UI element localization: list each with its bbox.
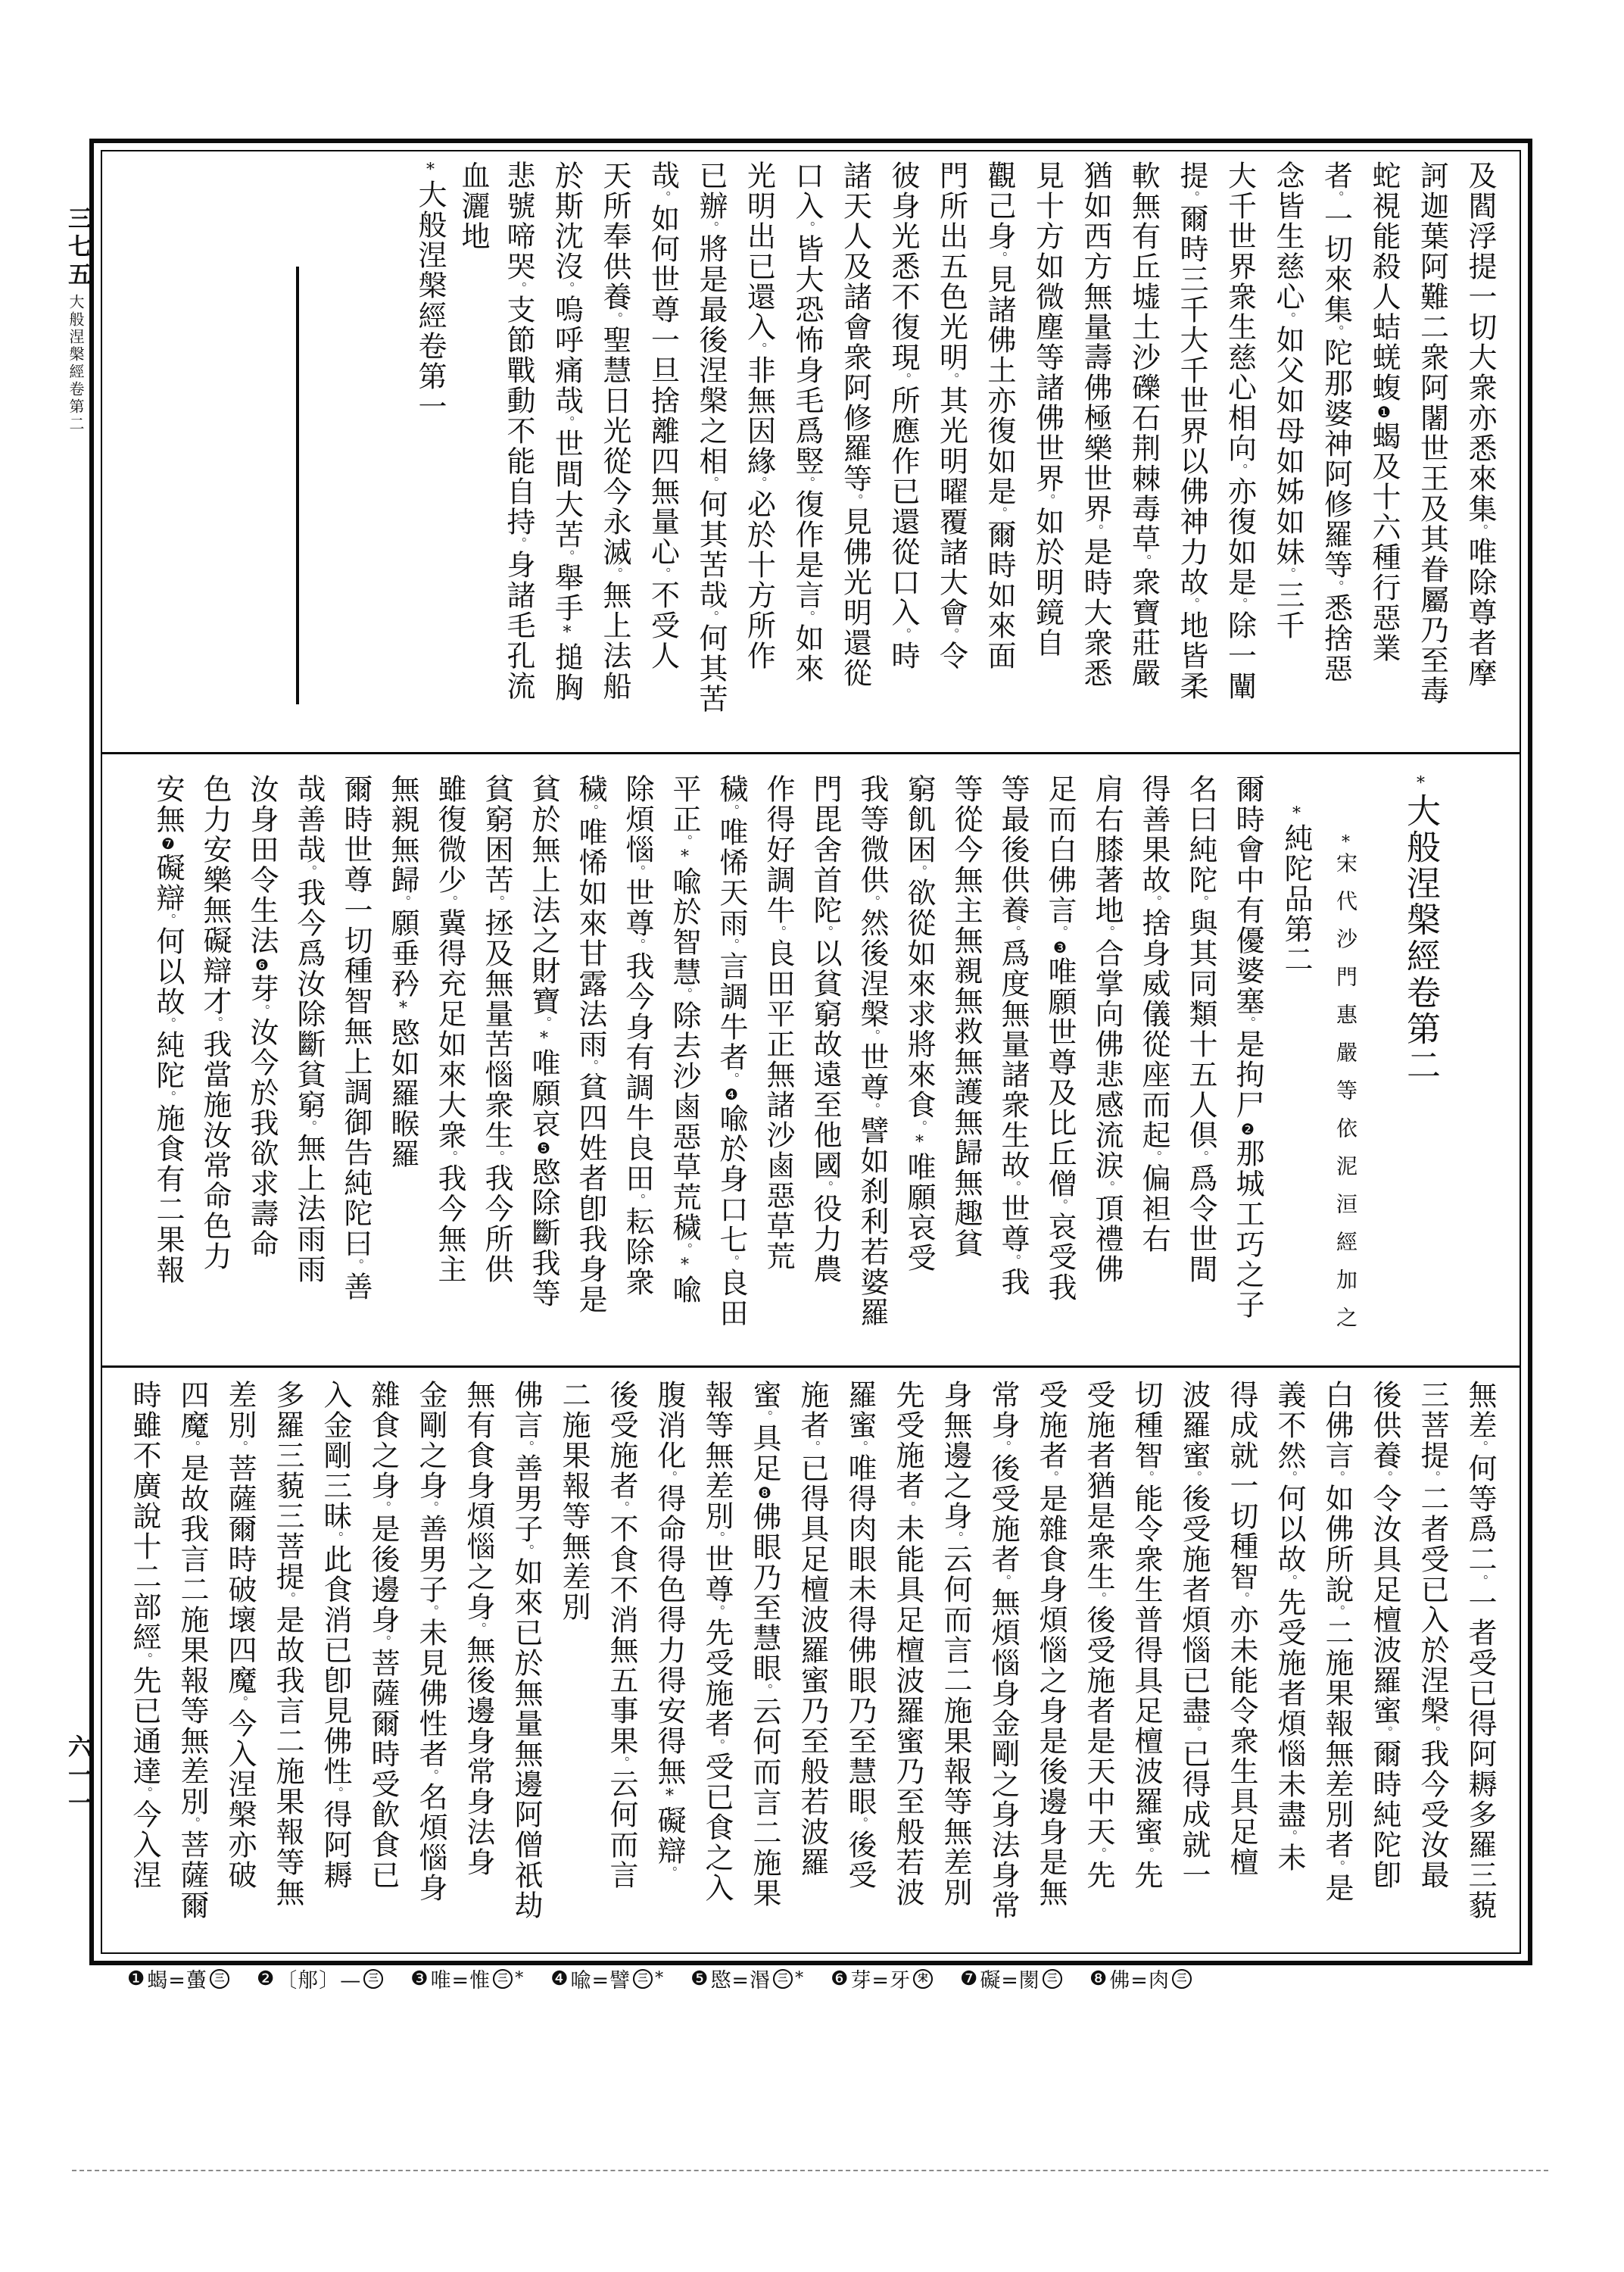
punctuation: 。 (805, 1440, 820, 1453)
margin-page-number-bottom: 六一一 (61, 1734, 95, 1818)
text-column: 門所出五色光明。其光明曜覆諸大會。令 (935, 161, 968, 671)
punctuation: 。 (724, 1255, 739, 1268)
punctuation: 。 (185, 1817, 200, 1830)
edition-siglum-icon: 宋 (913, 1969, 933, 1989)
text-column: 哉。如何世尊一旦捨離四無量心。不受人 (647, 161, 680, 671)
punctuation: 。 (771, 925, 786, 938)
text-column: 先受施者。未能具足檀波羅蜜乃至般若波 (891, 1380, 924, 1908)
punctuation: 。 (1425, 1471, 1440, 1484)
footnote-row: ❶蝎=蠆三❷〔郍〕—三❸唯=惟三*❹喩=譬三*❺愍=湣三*❻芽=牙宋❼礙=閡三❽… (127, 1964, 1308, 1993)
footnote-entry: ❷〔郍〕—三 (257, 1964, 383, 1993)
punctuation: 。 (607, 312, 622, 325)
punctuation: 。 (853, 1440, 868, 1453)
punctuation: 。 (301, 865, 316, 878)
punctuation: 。 (896, 373, 911, 385)
punctuation: 。 (442, 1150, 457, 1163)
text-column: 口入。皆大恐怖身毛爲竪。復作是言。如來 (790, 161, 824, 684)
punctuation: 。 (703, 221, 718, 234)
text-column: 雖復微少。冀得充足如來大衆。我今無主 (433, 774, 466, 1284)
punctuation: 。 (280, 1592, 295, 1605)
asterisk-note-mark: * (675, 1256, 694, 1275)
punctuation: 。 (511, 282, 526, 295)
asterisk-note-mark: * (1411, 774, 1430, 793)
punctuation: 。 (232, 1440, 248, 1453)
footnote-number-icon: ❹ (550, 1968, 568, 1990)
asterisk-note-mark: * (655, 1969, 663, 1988)
register-separator-2 (102, 1365, 1520, 1368)
punctuation: 。 (800, 221, 815, 234)
punctuation: 。 (709, 1605, 725, 1618)
punctuation: 。 (630, 938, 645, 951)
text-column: 時雖不廣說十二部經。先已通達。今入涅 (128, 1380, 161, 1890)
punctuation: 。 (818, 1181, 833, 1194)
punctuation: 。 (376, 1635, 391, 1648)
punctuation: 。 (1280, 567, 1295, 580)
text-column: 後受施者。不食不消無五事果。云何而言 (605, 1380, 638, 1890)
asterisk-note-mark: * (421, 161, 440, 179)
scroll-end-title: *大般涅槃經卷第一 (413, 161, 447, 422)
punctuation: 。 (853, 1817, 868, 1830)
punctuation: 。 (1193, 895, 1208, 908)
punctuation: 。 (1136, 554, 1152, 567)
punctuation: 。 (912, 1120, 927, 1133)
text-column: 後供養。令汝具足檀波羅蜜。爾時純陀卽 (1368, 1380, 1401, 1890)
text-column: 入金剛三昧。此食消已卽見佛性。得阿耨 (319, 1380, 352, 1890)
asterisk-note-mark: * (660, 1787, 679, 1805)
punctuation: 。 (1377, 1726, 1392, 1739)
footnote-text: 唯=惟 (431, 1964, 491, 1993)
text-column: 得成就一切種智。亦未能令衆生具足檀 (1225, 1380, 1258, 1877)
footnote-text: 喩=譬 (571, 1964, 631, 1993)
punctuation: 。 (1473, 1440, 1488, 1453)
text-column: 等最後供養。爲度無量諸衆生故。世尊。我 (996, 774, 1030, 1297)
scanned-sutra-page: 三七五 大般涅槃經卷第二 六一一 及閻浮提一切大衆亦悉來集。唯除尊者摩訶迦葉阿難… (0, 0, 1624, 2272)
text-column: 多羅三藐三菩提。是故我言二施果報等無 (271, 1380, 304, 1908)
text-column: 羅蜜。唯得肉眼未得佛眼乃至慧眼。後受 (843, 1380, 877, 1890)
footnote-number-icon: ❶ (127, 1968, 145, 1990)
text-column: 無有食身煩惱之身。無後邊身常身法身 (462, 1380, 495, 1877)
punctuation: 。 (703, 476, 718, 489)
punctuation: 。 (1099, 925, 1114, 938)
text-column: 於斯沈沒。嗚呼痛哉。世間大苦。舉手*搥胸 (550, 161, 584, 703)
text-column: 作得好調牛。良田平正無諸沙鹵惡草荒 (762, 774, 795, 1272)
text-column: 穢。唯悕如來甘露法雨。貧四姓者卽我身是 (574, 774, 607, 1315)
punctuation: 。 (677, 988, 692, 1000)
punctuation: 。 (560, 416, 575, 429)
punctuation: 。 (1146, 1150, 1161, 1163)
footnote-entry: ❸唯=惟三* (410, 1964, 523, 1993)
footnote-number-icon: ❼ (960, 1968, 977, 1990)
punctuation: 。 (1186, 1726, 1202, 1739)
text-column: 常身。後受施者。無煩惱身金剛之身法身常 (987, 1380, 1020, 1921)
text-column: 受施者猶是衆生。後受施者是天中天。先 (1082, 1380, 1115, 1890)
punctuation: 。 (948, 1531, 963, 1544)
punctuation: 。 (1088, 524, 1103, 537)
punctuation: 。 (560, 282, 575, 295)
footnote-entry: ❶蝎=蠆三 (127, 1964, 229, 1993)
punctuation: 。 (328, 1787, 343, 1799)
text-column: 除煩惱。世尊。我今身有調牛良田。耘除衆 (621, 774, 654, 1297)
footnote-marker: ❻ (253, 956, 271, 974)
text-column: 名曰純陀。與其同類十五人倶。爲令世間 (1184, 774, 1217, 1284)
punctuation: 。 (1377, 1471, 1392, 1484)
punctuation: 。 (511, 537, 526, 550)
punctuation: 。 (1139, 1847, 1154, 1860)
footnote-number-icon: ❷ (257, 1968, 274, 1990)
text-column: 貧於無上法之財寶。*唯願哀❺愍除斷我等 (527, 774, 560, 1309)
text-column: 提。爾時三千大千世界以佛神力故。地皆柔 (1175, 161, 1208, 701)
punctuation: 。 (662, 1866, 677, 1879)
punctuation: 。 (944, 628, 959, 641)
punctuation: 。 (724, 938, 739, 951)
edition-siglum-icon: 三 (210, 1969, 229, 1989)
short-end: 無親無歸。願垂矜*愍如羅睺羅 (386, 774, 419, 1169)
punctuation: 。 (161, 1091, 176, 1103)
punctuation: 。 (1234, 1592, 1249, 1605)
text-column: 四魔。是故我言二施果報等無差別。菩薩爾 (176, 1380, 209, 1921)
punctuation: 。 (1186, 1471, 1202, 1484)
punctuation: 。 (1473, 524, 1488, 537)
text-column: 差別。菩薩爾時破壞四魔。今入涅槃亦破 (223, 1380, 257, 1890)
punctuation: 。 (1329, 580, 1344, 593)
edition-siglum-icon: 三 (1043, 1969, 1062, 1989)
punctuation: 。 (1233, 463, 1248, 476)
text-column: 施者。已得具足檀波羅蜜乃至般若波羅 (796, 1380, 829, 1877)
text-column: 足而白佛言。❸唯願世尊及比丘僧。哀受我 (1043, 774, 1077, 1303)
edition-siglum-icon: 三 (493, 1969, 513, 1989)
short-end: 血灑地 (457, 161, 490, 251)
footnote-marker: ❺ (535, 1139, 553, 1157)
punctuation: 。 (137, 1787, 152, 1799)
punctuation: 。 (996, 1574, 1011, 1587)
punctuation: 。 (137, 1653, 152, 1665)
footnote-marker: ❼ (159, 835, 177, 853)
punctuation: 。 (1193, 1150, 1208, 1163)
scroll-title: *大般涅槃經卷第二 (1401, 774, 1440, 1084)
asterisk-note-mark: * (910, 1133, 929, 1152)
punctuation: 。 (656, 191, 671, 204)
text-column: 受施者。是雜食身煩惱之身是後邊身是無 (1034, 1380, 1068, 1908)
footnote-entry: ❺愍=湣三* (690, 1964, 803, 1993)
edition-siglum-icon: 三 (1172, 1969, 1192, 1989)
punctuation: 。 (900, 1501, 915, 1514)
text-column: 無差。何等爲二。一者受已得阿耨多羅三藐 (1463, 1380, 1497, 1921)
text-column: 汝身田令生法❻芽。汝今於我欲求壽命 (245, 774, 279, 1259)
punctuation: 。 (442, 895, 457, 908)
punctuation: 。 (1091, 1847, 1106, 1860)
text-column: 切種智。能令衆生普得具足檀波羅蜜。先 (1130, 1380, 1163, 1890)
asterisk-note-mark: * (394, 999, 413, 1018)
text-column: 及閻浮提一切大衆亦悉來集。唯除尊者摩 (1463, 161, 1497, 688)
register-separator-1 (102, 752, 1520, 754)
text-column: 天所奉供養。聖慧日光從今永滅。無上法船 (598, 161, 631, 701)
punctuation: 。 (1052, 925, 1068, 938)
punctuation: 。 (1184, 191, 1199, 204)
text-column: 哉善哉。我今爲汝除斷貧窮。無上法雨雨 (292, 774, 326, 1284)
punctuation: 。 (1282, 1574, 1297, 1587)
scroll-end-divider-line (296, 267, 299, 704)
text-column: 蜜。具足❽佛眼乃至慧眼。云何而言二施果 (748, 1380, 781, 1908)
punctuation: 。 (560, 550, 575, 563)
text-column: 爾時世尊一切種智無上調御告純陀曰。善 (339, 774, 372, 1302)
text-column: 報等無差別。世尊。先受施者。受已食之入 (700, 1380, 734, 1903)
punctuation: 。 (471, 1622, 486, 1635)
punctuation: 。 (614, 1501, 629, 1514)
punctuation: 。 (992, 507, 1007, 520)
footnote-entry: ❼礙=閡三 (960, 1964, 1062, 1993)
text-column: 我等微供。然後涅槃。世尊。譬如刹利若婆羅 (856, 774, 889, 1328)
punctuation: 。 (992, 251, 1007, 264)
punctuation: 。 (1139, 1471, 1154, 1484)
punctuation: 。 (1091, 1592, 1106, 1605)
text-column: 見十方如微塵等諸佛世界。如於明鏡自 (1031, 161, 1064, 658)
text-column: 雜食之身。是後邊身。菩薩爾時受飮食已 (366, 1380, 400, 1890)
footnote-number-icon: ❸ (410, 1968, 428, 1990)
punctuation: 。 (207, 1016, 223, 1029)
punctuation: 。 (818, 925, 833, 938)
punctuation: 。 (709, 1531, 725, 1544)
text-column: 白佛言。如佛所說。二施果報無差別者。是 (1320, 1380, 1354, 1903)
punctuation: 。 (865, 1029, 880, 1042)
punctuation: 。 (865, 1103, 880, 1116)
text-column: 佛言。善男子。如來已於無量無邊阿僧祇劫 (510, 1380, 543, 1921)
text-column: 念皆生慈心。如父如母如姊如妹。三千 (1271, 161, 1304, 641)
punctuation: 。 (583, 804, 598, 817)
punctuation: 。 (1099, 1181, 1114, 1194)
text-column: 腹消化。得命得色得力得安得無*礙辯。 (653, 1380, 686, 1879)
punctuation: 。 (1005, 925, 1021, 938)
text-column: 諸天人及諸會衆阿修羅等。見佛光明還從 (839, 161, 872, 688)
punctuation: 。 (376, 1501, 391, 1514)
margin-page-number-top: 三七五 (61, 206, 95, 290)
punctuation: 。 (489, 895, 504, 908)
punctuation: 。 (656, 567, 671, 580)
punctuation: 。 (423, 1605, 438, 1618)
punctuation: 。 (328, 1531, 343, 1544)
text-column: 光明出已還入。非無因緣。必於十方所作 (743, 161, 776, 671)
punctuation: 。 (752, 476, 767, 489)
punctuation: 。 (536, 1016, 551, 1029)
asterisk-note-mark: * (795, 1969, 803, 1988)
translator-note: *宋代沙門惠嚴等依泥洹經加之 (1333, 833, 1358, 1344)
punctuation: 。 (161, 913, 176, 926)
asterisk-note-mark: * (1336, 833, 1355, 852)
text-column: 爾時會中有優婆塞。是拘尸❷那城工巧之子 (1231, 774, 1264, 1320)
footnote-marker: ❷ (1239, 1120, 1257, 1138)
punctuation: 。 (1005, 1181, 1021, 1194)
text-column: 彼身光悉不復現。所應作已還從口入。時 (887, 161, 920, 671)
text-column: 觀己身。見諸佛土亦復如是。爾時如來面 (983, 161, 1016, 671)
punctuation: 。 (1425, 1726, 1440, 1739)
punctuation: 。 (724, 804, 739, 817)
punctuation: 。 (1329, 191, 1344, 204)
text-column: 軟無有丘墟土沙礫石荆棘毒草。衆寶莊嚴 (1127, 161, 1161, 688)
punctuation: 。 (912, 865, 927, 878)
footnote-text: 芽=牙 (850, 1964, 911, 1993)
punctuation: 。 (583, 1060, 598, 1072)
footnote-number-icon: ❽ (1089, 1968, 1107, 1990)
text-column: 已辦。將是最後涅槃之相。何其苦哉。何其苦 (694, 161, 728, 714)
punctuation: 。 (677, 1243, 692, 1256)
punctuation: 。 (709, 1739, 725, 1752)
punctuation: 。 (630, 1194, 645, 1206)
punctuation: 。 (896, 628, 911, 641)
punctuation: 。 (724, 1072, 739, 1085)
punctuation: 。 (254, 1004, 270, 1017)
punctuation: 。 (1280, 312, 1295, 325)
punctuation: 。 (232, 1696, 248, 1709)
text-column: 窮飢困。欲從如來求將來食。*唯願哀受 (902, 774, 936, 1273)
text-column: 門毘舍首陀。以貧窮故遠至他國。役力農 (809, 774, 842, 1284)
punctuation: 。 (1043, 1471, 1058, 1484)
punctuation: 。 (662, 1471, 677, 1484)
punctuation: 。 (757, 1410, 772, 1423)
asterisk-note-mark: * (515, 1969, 523, 1988)
edition-siglum-icon: 三 (363, 1969, 383, 1989)
punctuation: 。 (757, 1684, 772, 1696)
text-column: 三菩提。二者受已入於涅槃。我今受汝最 (1416, 1380, 1449, 1890)
edition-siglum-icon: 三 (773, 1969, 793, 1989)
punctuation: 。 (348, 1259, 363, 1272)
margin-volume-label: 大般涅槃經卷第二 (65, 294, 87, 433)
punctuation: 。 (489, 1150, 504, 1163)
text-column: 身無邊之身。云何而言二施果報等無差別 (939, 1380, 972, 1908)
footnote-entry: ❹喩=譬三* (550, 1964, 663, 1993)
punctuation: 。 (630, 865, 645, 878)
footnote-marker: ❸ (1051, 938, 1069, 957)
asterisk-note-mark: * (535, 1029, 553, 1048)
punctuation: 。 (1146, 895, 1161, 908)
punctuation: 。 (1329, 1860, 1345, 1873)
punctuation: 。 (519, 1440, 534, 1453)
text-column: 大千世界衆生慈心相向。亦復如是。除一闡 (1223, 161, 1257, 701)
text-column: 貧窮困苦。拯及無量苦惱衆生。我今所供 (480, 774, 513, 1284)
footnote-text: 礙=閡 (980, 1964, 1040, 1993)
punctuation: 。 (395, 895, 410, 908)
text-column: 平正。*喩於智慧。除去沙鹵惡草荒穢。*喩 (668, 774, 701, 1305)
punctuation: 。 (752, 342, 767, 355)
punctuation: 。 (161, 1017, 176, 1030)
punctuation: 。 (423, 1501, 438, 1514)
asterisk-note-mark: * (1287, 804, 1306, 823)
asterisk-note-mark: * (558, 623, 577, 642)
punctuation: 。 (800, 610, 815, 623)
punctuation: 。 (1184, 598, 1199, 610)
punctuation: 。 (677, 835, 692, 847)
punctuation: 。 (848, 494, 863, 507)
punctuation: 。 (1233, 598, 1248, 610)
punctuation: 。 (1005, 1254, 1021, 1267)
chapter-title: *純陀品第二 (1280, 804, 1313, 975)
page-bottom-dashed-line (72, 2170, 1548, 2171)
punctuation: 。 (1329, 1605, 1345, 1618)
punctuation: 。 (703, 610, 718, 623)
footnote-marker: ❽ (756, 1484, 774, 1502)
punctuation: 。 (1329, 325, 1344, 338)
punctuation: 。 (1240, 1016, 1255, 1029)
punctuation: 。 (301, 1120, 316, 1133)
footnote-marker: ❶ (1375, 403, 1393, 421)
text-column: 義不然。何以故。先受施者煩惱未盡。未 (1273, 1380, 1306, 1873)
punctuation: 。 (1473, 1574, 1488, 1587)
punctuation: 。 (1282, 1471, 1297, 1484)
short-end: 二施果報等無差別 (557, 1380, 591, 1622)
footnote-marker: ❹ (722, 1085, 740, 1103)
text-column: 金剛之身。善男子。未見佛性者。名煩惱身 (414, 1380, 447, 1903)
text-column: 安無❼礙辯。何以故。純陀。施食有二果報 (151, 774, 185, 1285)
footnote-entry: ❽佛=肉三 (1089, 1964, 1192, 1993)
footnote-text: 蝎=蠆 (147, 1964, 207, 1993)
text-column: 色力安樂無礙辯才。我當施汝常命色力 (198, 774, 232, 1272)
footnote-text: 佛=肉 (1109, 1964, 1170, 1993)
footnote-number-icon: ❺ (690, 1968, 708, 1990)
punctuation: 。 (865, 895, 880, 908)
text-column: 悲號啼哭。支節戰動不能自持。身諸毛孔流 (502, 161, 535, 701)
text-column: 者。一切來集。陀那婆神阿修羅等。悉捨惡 (1320, 161, 1353, 684)
punctuation: 。 (1040, 494, 1055, 507)
punctuation: 。 (607, 567, 622, 580)
punctuation: 。 (996, 1440, 1011, 1453)
footnote-entry: ❻芽=牙宋 (831, 1964, 933, 1993)
punctuation: 。 (800, 476, 815, 489)
punctuation: 。 (423, 1769, 438, 1782)
footnote-number-icon: ❻ (831, 1968, 848, 1990)
text-column: 訶迦葉阿難二衆阿闍世王及其眷屬乃至毒 (1416, 161, 1449, 706)
punctuation: 。 (519, 1544, 534, 1557)
footnote-text: 愍=湣 (710, 1964, 771, 1993)
punctuation: 。 (944, 373, 959, 385)
text-column: 蛇視能殺人蛣蜣蝮❶蝎及十六種行惡業 (1367, 161, 1401, 663)
footnote-text: 〔郍〕— (276, 1964, 361, 1993)
text-column: 得善果故。捨身威儀從座而起。偏袒右 (1137, 774, 1170, 1254)
asterisk-note-mark: * (675, 847, 694, 866)
punctuation: 。 (614, 1756, 629, 1769)
punctuation: 。 (185, 1440, 200, 1453)
punctuation: 。 (1329, 1471, 1345, 1484)
punctuation: 。 (1052, 1199, 1068, 1212)
text-column: 穢。唯悕天雨。言調牛者。❹喩於身口七。良田 (715, 774, 748, 1328)
text-column: 波羅蜜。後受施者煩惱已盡。已得成就一 (1177, 1380, 1211, 1890)
edition-siglum-icon: 三 (633, 1969, 653, 1989)
punctuation: 。 (1282, 1830, 1297, 1843)
text-column: 猶如西方無量壽佛極樂世界。是時大衆悉 (1079, 161, 1112, 688)
text-column: 等從今無主無親無救無護無歸無趣貧 (949, 774, 983, 1259)
text-column: 肩右膝著地。合掌向佛悲感流涙。頂禮佛 (1090, 774, 1124, 1284)
